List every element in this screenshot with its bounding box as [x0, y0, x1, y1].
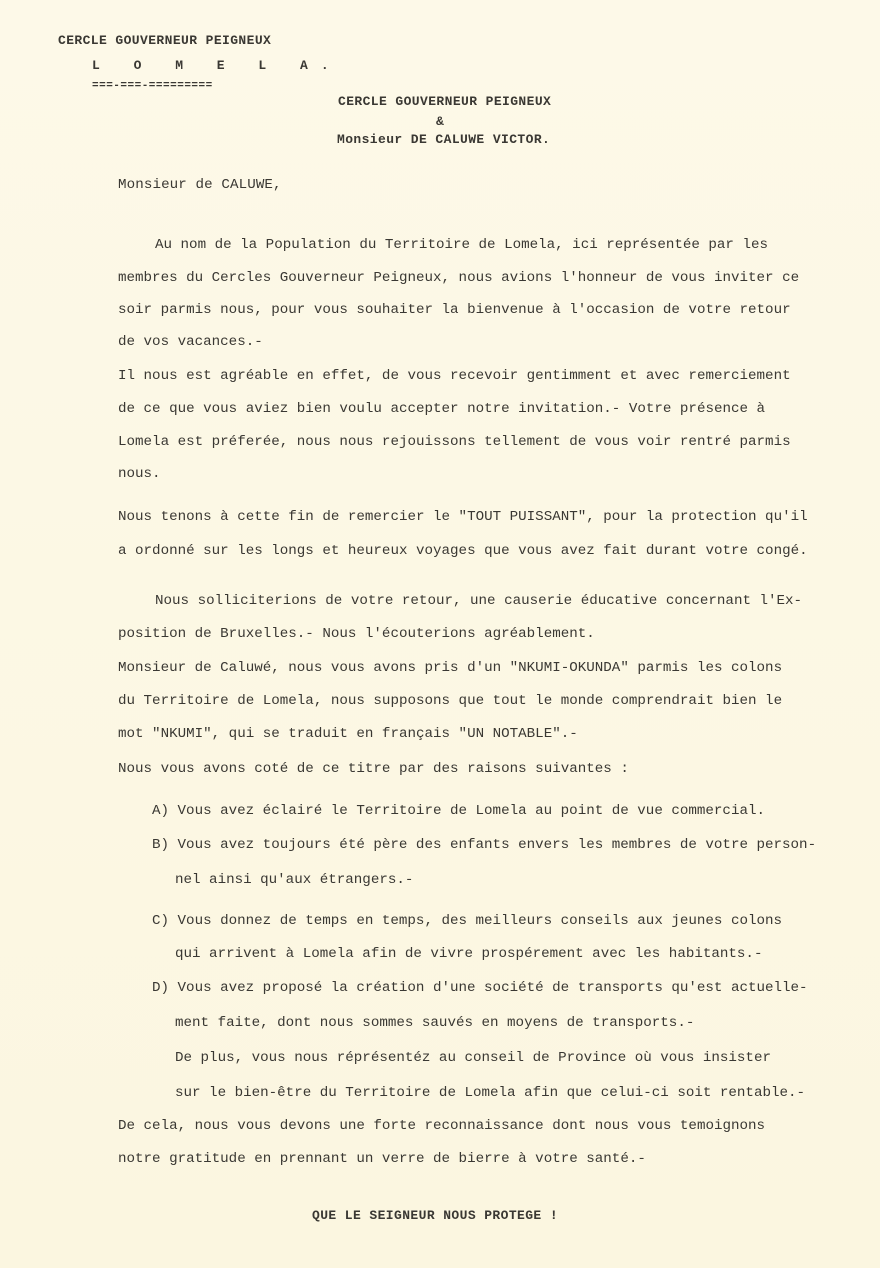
body-line: De plus, vous nous réprésentéz au consei…: [175, 1050, 771, 1066]
body-line: ment faite, dont nous sommes sauvés en m…: [175, 1015, 694, 1031]
body-line: nel ainsi qu'aux étrangers.-: [175, 872, 413, 888]
document-page: CERCLE GOUVERNEUR PEIGNEUX L O M E L A. …: [0, 0, 880, 1268]
body-line: soir parmis nous, pour vous souhaiter la…: [118, 302, 791, 318]
body-line: Nous vous avons coté de ce titre par des…: [118, 761, 629, 777]
body-line: notre gratitude en prennant un verre de …: [118, 1151, 646, 1167]
letter-body: Au nom de la Population du Territoire de…: [0, 0, 880, 1268]
body-line: C) Vous donnez de temps en temps, des me…: [152, 913, 782, 929]
body-line: mot "NKUMI", qui se traduit en français …: [118, 726, 578, 742]
body-line: B) Vous avez toujours été père des enfan…: [152, 837, 816, 853]
body-line: a ordonné sur les longs et heureux voyag…: [118, 543, 808, 559]
body-line: Nous solliciterions de votre retour, une…: [155, 593, 802, 609]
body-line: position de Bruxelles.- Nous l'écouterio…: [118, 626, 595, 642]
body-line: nous.: [118, 466, 161, 482]
body-line: D) Vous avez proposé la création d'une s…: [152, 980, 808, 996]
closing-line: QUE LE SEIGNEUR NOUS PROTEGE !: [312, 1208, 558, 1223]
body-line: membres du Cercles Gouverneur Peigneux, …: [118, 270, 799, 286]
body-line: Au nom de la Population du Territoire de…: [155, 237, 768, 253]
body-line: Lomela est préferée, nous nous rejouisso…: [118, 434, 791, 450]
body-line: de ce que vous aviez bien voulu accepter…: [118, 401, 765, 417]
body-line: Il nous est agréable en effet, de vous r…: [118, 368, 791, 384]
body-line: Monsieur de Caluwé, nous vous avons pris…: [118, 660, 782, 676]
body-line: de vos vacances.-: [118, 334, 263, 350]
body-line: qui arrivent à Lomela afin de vivre pros…: [175, 946, 762, 962]
body-line: du Territoire de Lomela, nous supposons …: [118, 693, 782, 709]
body-line: A) Vous avez éclairé le Territoire de Lo…: [152, 803, 765, 819]
body-line: Nous tenons à cette fin de remercier le …: [118, 509, 808, 525]
body-line: sur le bien-être du Territoire de Lomela…: [175, 1085, 805, 1101]
body-line: De cela, nous vous devons une forte reco…: [118, 1118, 765, 1134]
